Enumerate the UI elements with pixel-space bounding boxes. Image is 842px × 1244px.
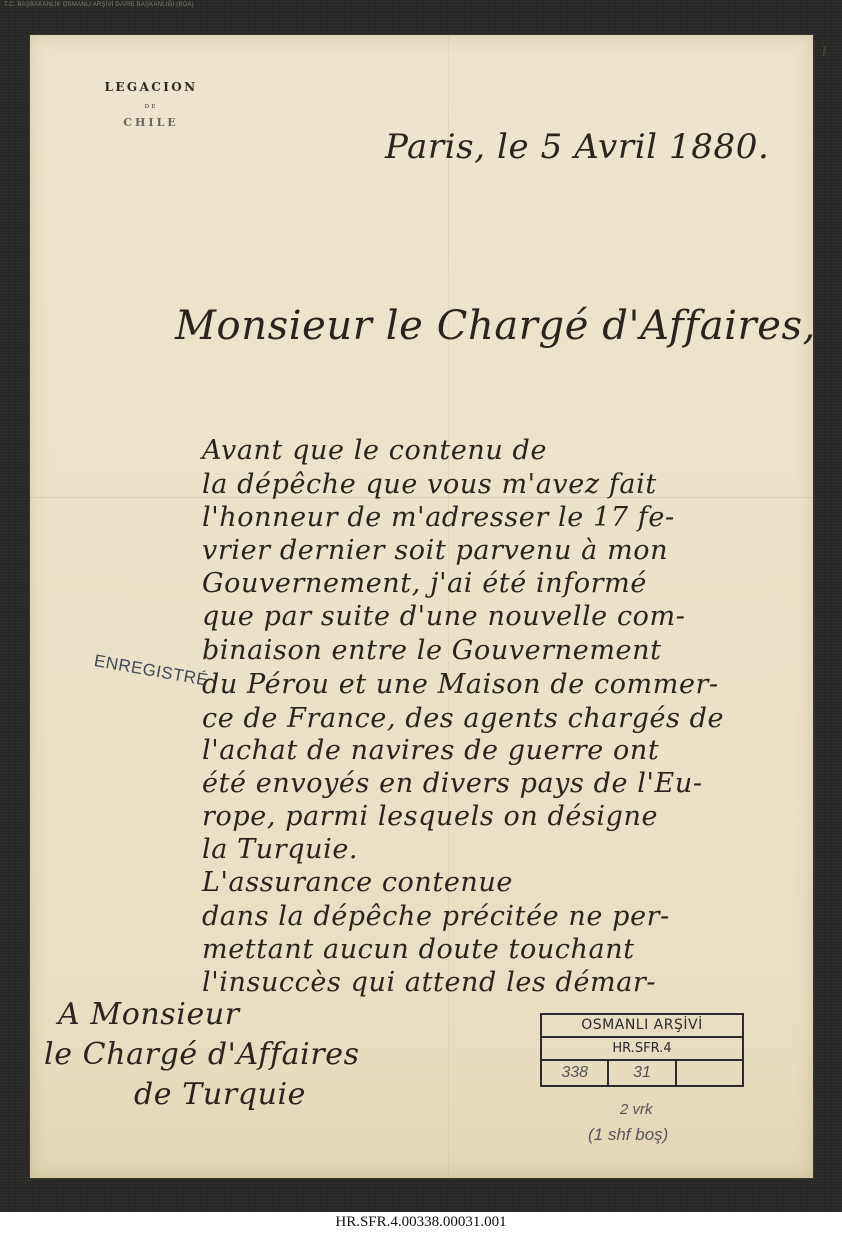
letterhead-line2: DE: [86, 104, 216, 110]
addressee-line: A Monsieur: [58, 997, 240, 1032]
body-line: la Turquie.: [202, 834, 358, 865]
pencil-note-blank: (1 shf boş): [588, 1125, 668, 1145]
letterhead: LEGACION DE CHILE: [86, 80, 216, 129]
addressee-line: de Turquie: [134, 1077, 306, 1112]
archive-stamp-dossier: 338: [542, 1061, 609, 1085]
salutation: Monsieur le Chargé d'Affaires,: [175, 303, 816, 349]
body-line: dans la dépêche précitée ne per-: [202, 901, 670, 932]
archive-stamp-title: OSMANLI ARŞİVİ: [542, 1015, 742, 1038]
pencil-note-pages: 2 vrk: [620, 1101, 653, 1118]
body-line: Gouvernement, j'ai été informé: [202, 568, 647, 599]
body-line: ce de France, des agents chargés de: [202, 703, 724, 734]
body-line: l'insuccès qui attend les démar-: [202, 967, 656, 998]
body-line: rope, parmi lesquels on désigne: [202, 801, 658, 832]
letter-page: 1 LEGACION DE CHILE Paris, le 5 Avril 18…: [30, 35, 813, 1178]
letterhead-line3: CHILE: [86, 116, 216, 129]
body-line: été envoyés en divers pays de l'Eu-: [202, 768, 703, 799]
archive-stamp-cells: 338 31: [542, 1061, 742, 1085]
body-line: Avant que le contenu de: [202, 435, 547, 466]
archive-stamp-empty: [677, 1061, 742, 1085]
body-line: mettant aucun doute touchant: [202, 934, 635, 965]
page-number: 1: [820, 43, 828, 61]
body-line: la dépêche que vous m'avez fait: [202, 469, 657, 500]
date-line: Paris, le 5 Avril 1880.: [385, 127, 769, 167]
letterhead-line1: LEGACION: [86, 80, 216, 94]
body-line: vrier dernier soit parvenu à mon: [202, 535, 668, 566]
body-line: binaison entre le Gouvernement: [202, 635, 662, 666]
body-line: du Pérou et une Maison de commer-: [202, 669, 719, 700]
body-line: l'honneur de m'adresser le 17 fe-: [202, 502, 675, 533]
body-line: l'achat de navires de guerre ont: [202, 735, 659, 766]
archive-stamp-document: 31: [609, 1061, 676, 1085]
archive-stamp-fond: HR.SFR.4: [542, 1038, 742, 1061]
archive-watermark: T.C. BAŞBAKANLIK OSMANLI ARŞİVİ DAİRE BA…: [4, 2, 194, 8]
archive-stamp: OSMANLI ARŞİVİ HR.SFR.4 338 31: [540, 1013, 744, 1087]
body-line: L'assurance contenue: [202, 867, 513, 898]
document-reference-caption: HR.SFR.4.00338.00031.001: [0, 1214, 842, 1231]
addressee-line: le Chargé d'Affaires: [44, 1037, 360, 1072]
body-line: que par suite d'une nouvelle com-: [202, 601, 685, 632]
registered-stamp: ENREGISTRÉ: [93, 651, 210, 691]
